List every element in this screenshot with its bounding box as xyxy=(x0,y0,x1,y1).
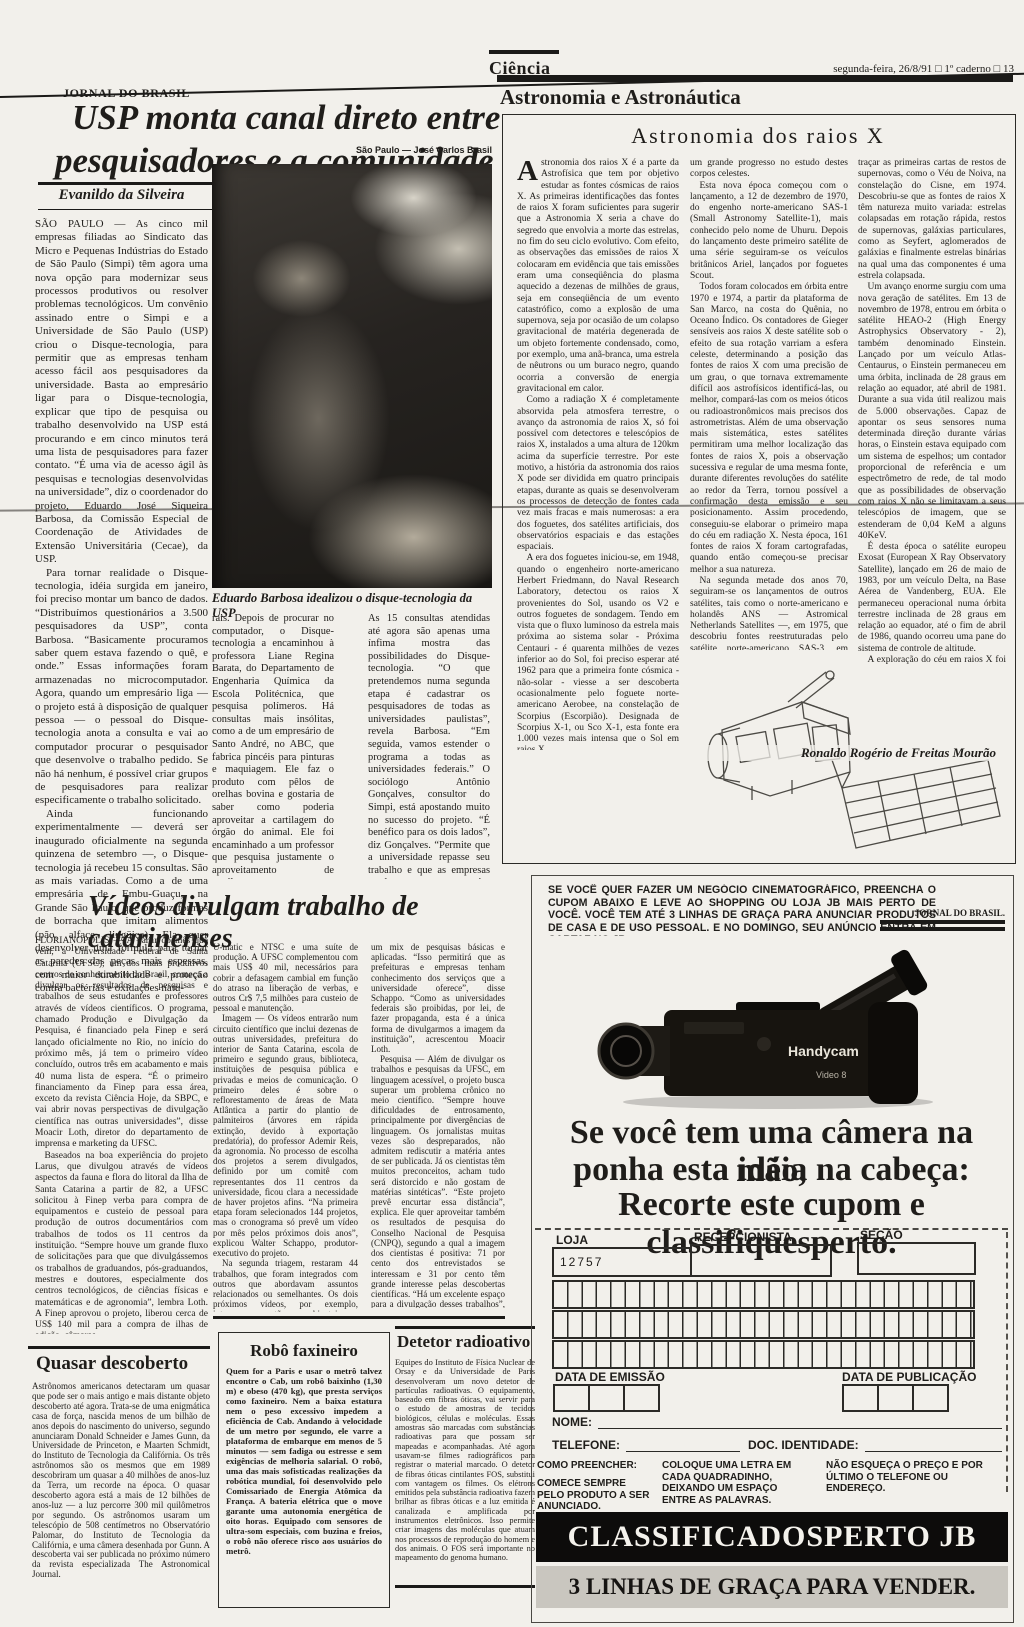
coupon-emissao-label: DATA DE EMISSÃO xyxy=(555,1370,665,1384)
emissao-cell xyxy=(590,1384,625,1412)
satellite-drawing-icon xyxy=(692,668,1008,856)
ad-banner-sub: 3 LINHAS DE GRAÇA PARA VENDER. xyxy=(536,1566,1008,1608)
robot-title: Robô faxineiro xyxy=(219,1341,389,1361)
doc-write-line xyxy=(865,1451,1002,1452)
ad-banner-text: CLASSIFICADOSPERTO JB xyxy=(568,1520,977,1554)
camcorder-icon: Handycam Video 8 xyxy=(588,932,952,1112)
ad-brand-bar-2 xyxy=(880,927,1005,931)
coupon-telefone-label: TELEFONE: xyxy=(552,1438,620,1452)
coupon-emissao-cells xyxy=(553,1384,660,1412)
coupon-doc-row: DOC. IDENTIDADE: xyxy=(748,1438,1002,1452)
ad-top-text: SE VOCÊ QUER FAZER UM NEGÓCIO CINEMATOGR… xyxy=(548,884,936,936)
usp-article-photo xyxy=(212,164,492,588)
coupon-instr-preco: NÃO ESQUEÇA O PREÇO E POR ÚLTIMO O TELEF… xyxy=(826,1460,1002,1495)
emissao-cell xyxy=(625,1384,660,1412)
coupon-nome-row: NOME: xyxy=(552,1415,1002,1429)
coupon-publicacao-cells xyxy=(842,1384,949,1412)
videos-column-2: U-matic e NTSC e uma suíte de produção. … xyxy=(213,942,358,1312)
coupon-publicacao-label: DATA DE PUBLICAÇÃO xyxy=(842,1370,976,1384)
section-overbar xyxy=(489,50,559,54)
ad-brand-bar-1 xyxy=(880,920,1005,924)
coupon-nome-label: NOME: xyxy=(552,1415,592,1429)
coupon-letter-row-2 xyxy=(552,1310,975,1339)
camera-image: Handycam Video 8 xyxy=(588,932,952,1112)
detector-title: Detetor radioativo xyxy=(397,1332,530,1352)
coupon-instr-coloque: COLOQUE UMA LETRA EM CADA QUADRADINHO, D… xyxy=(662,1460,812,1506)
detector-body: Equipes do Instituto de Física Nuclear d… xyxy=(395,1358,535,1580)
coupon-telefone-row: TELEFONE: xyxy=(552,1438,740,1452)
camera-brand-label: Handycam xyxy=(788,1043,859,1059)
quasar-top-rule xyxy=(28,1346,210,1349)
nome-write-line xyxy=(598,1428,1002,1429)
coupon-secao-field xyxy=(857,1242,976,1275)
coupon-loja-label: LOJA xyxy=(556,1233,588,1247)
quasar-title: Quasar descoberto xyxy=(36,1353,188,1375)
videos-column-3: um mix de pesquisas básicas e aplicadas.… xyxy=(371,942,505,1308)
coupon-loja-value: 12757 xyxy=(554,1249,603,1269)
coupon-recepcionista-label: RECEPCIONISTA xyxy=(694,1230,792,1244)
coupon-como-label: COMO PREENCHER: xyxy=(537,1460,647,1472)
robot-body: Quem for a Paris e usar o metrô talvez e… xyxy=(226,1366,382,1596)
ad-headline-line2: ponha esta idéia na cabeça: xyxy=(531,1151,1012,1189)
astro-section-title: Astronomia e Astronáutica xyxy=(500,85,741,110)
coupon-letter-row-1 xyxy=(552,1280,975,1309)
coupon-loja-field: 12757 xyxy=(552,1247,692,1277)
coupon-secao-label: SEÇÃO xyxy=(860,1228,903,1242)
ad-banner-sub-text: 3 LINHAS DE GRAÇA PARA VENDER. xyxy=(569,1574,976,1600)
detector-bottom-rule xyxy=(395,1585,535,1588)
robot-box: Robô faxineiro Quem for a Paris e usar o… xyxy=(218,1332,390,1608)
astro-column-1: Astronomia dos raios X é a parte da Astr… xyxy=(517,158,679,750)
coupon-doc-label: DOC. IDENTIDADE: xyxy=(748,1438,859,1452)
astro-column-2: um grande progresso no estudo destes cor… xyxy=(690,158,848,650)
usp-byline: Evanildo da Silveira xyxy=(35,187,208,204)
newspaper-page: JORNAL DO BRASIL Ciência segunda-feira, … xyxy=(0,0,1024,1627)
coupon-instr-comece: COMECE SEMPRE PELO PRODUTO A SER ANUNCIA… xyxy=(537,1478,652,1513)
ad-brand: JORNAL DO BRASIL. xyxy=(880,908,1005,918)
publicacao-cell xyxy=(879,1384,914,1412)
astro-section-bar xyxy=(497,75,1013,82)
telefone-write-line xyxy=(626,1451,740,1452)
astro-signature: Ronaldo Rogério de Freitas Mourão xyxy=(700,745,996,761)
quasar-body: Astrônomos americanos detectaram um quas… xyxy=(32,1382,210,1620)
publicacao-cell xyxy=(914,1384,949,1412)
usp-article-column-3: As 15 consultas atendidas até agora são … xyxy=(368,613,490,879)
satellite-illustration xyxy=(692,668,1008,856)
emissao-cell xyxy=(553,1384,590,1412)
videos-column-1: FLORIANÓPOLIS — A partir do mês que vem,… xyxy=(35,936,208,1334)
coupon-cut-line-vertical xyxy=(1006,1232,1008,1492)
detector-top-rule xyxy=(395,1326,535,1329)
usp-headline-line1: USP monta canal direto entre xyxy=(72,98,502,138)
videos-bottom-rule xyxy=(213,1316,505,1319)
usp-article-column-2: rais. Depois de procurar no computador, … xyxy=(212,613,334,879)
camera-format-label: Video 8 xyxy=(816,1070,846,1080)
publicacao-cell xyxy=(842,1384,879,1412)
astro-box-title: Astronomia dos raios X xyxy=(502,123,1014,149)
coupon-recepcionista-field xyxy=(690,1244,832,1277)
ad-banner: CLASSIFICADOSPERTO JB xyxy=(536,1512,1008,1562)
usp-photo-credit: São Paulo — José Carlos Brasil xyxy=(292,145,492,155)
astro-column-3: traçar as primeiras cartas de restos de … xyxy=(858,158,1006,664)
coupon-letter-row-3 xyxy=(552,1340,975,1369)
